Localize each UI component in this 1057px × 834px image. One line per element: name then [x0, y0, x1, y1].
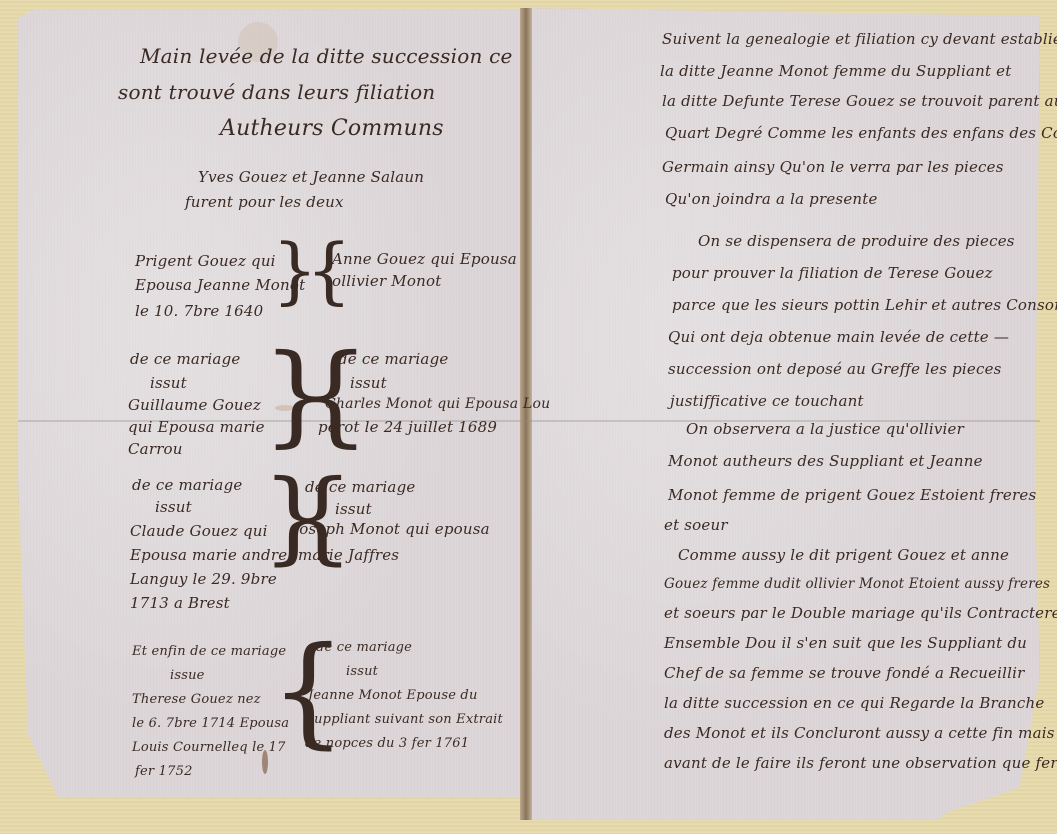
right-line: Gouez femme dudit ollivier Monot Etoient… [664, 576, 1050, 592]
gen-left-line: issue [170, 668, 205, 683]
gen-left-line: Carrou [128, 440, 183, 458]
header-line: Main levée de la ditte succession ce [140, 44, 513, 68]
right-line: Quart Degré Comme les enfants des enfans… [665, 124, 1057, 142]
right-line: Ensemble Dou il s'en suit que les Suppli… [664, 634, 1027, 652]
header-title: Autheurs Communs [220, 116, 444, 141]
gen-right-line: issut [335, 500, 372, 518]
right-line: et soeur [664, 516, 728, 534]
gen-right-line: perot le 24 juillet 1689 [318, 418, 497, 436]
gen-right-line: de ce mariage [305, 478, 415, 496]
gen-left-line: Prigent Gouez qui [135, 252, 276, 270]
right-line: des Monot et ils Concluront aussy a cett… [664, 724, 1055, 742]
gen-left-line: issut [155, 498, 192, 516]
right-line: Monot autheurs des Suppliant et Jeanne [668, 452, 983, 470]
gen-left-line: le 6. 7bre 1714 Epousa [132, 716, 289, 731]
gen-left-line: Louis Cournelleq le 17 [132, 740, 286, 755]
center-fold [520, 8, 532, 820]
right-line: Qui ont deja obtenue main levée de cette… [668, 328, 1009, 346]
right-line: et soeurs par le Double mariage qu'ils C… [664, 604, 1057, 622]
gen-right-line: de nopces du 3 fer 1761 [305, 736, 469, 751]
right-line: Monot femme de prigent Gouez Estoient fr… [668, 486, 1036, 504]
gen-right-line: issut [350, 374, 387, 392]
gen-left-line: Et enfin de ce mariage [132, 644, 286, 659]
brace-icon: { [306, 228, 352, 312]
gen-right-line: marie Jaffres [298, 546, 399, 564]
gen-left-line: issut [150, 374, 187, 392]
gen-right-line: ollivier Monot [332, 272, 441, 290]
right-line: On se dispensera de produire des pieces [698, 232, 1015, 250]
gen-right-line: Suppliant suivant son Extrait [305, 712, 503, 727]
gen-left-line: fer 1752 [135, 764, 193, 779]
right-line: parce que les sieurs pottin Lehir et aut… [672, 296, 1057, 314]
gen-right-line: de ce mariage [316, 640, 412, 655]
right-line: Suivent la genealogie et filiation cy de… [662, 30, 1057, 48]
right-line: pour prouver la filiation de Terese Goue… [672, 264, 993, 282]
right-line: Qu'on joindra a la presente [665, 190, 878, 208]
gen-left-line: Claude Gouez qui [130, 522, 268, 540]
right-line: la ditte Defunte Terese Gouez se trouvoi… [662, 92, 1057, 110]
right-line: avant de le faire ils feront une observa… [664, 754, 1057, 772]
gen-right-line: de ce mariage [338, 350, 448, 368]
gen-left-line: de ce mariage [132, 476, 242, 494]
header-line: sont trouvé dans leurs filiation [118, 80, 435, 104]
right-line: On observera a la justice qu'ollivier [686, 420, 964, 438]
gen-left-line: le 10. 7bre 1640 [135, 302, 263, 320]
right-line: justifficative ce touchant [670, 392, 864, 410]
right-line: la ditte succession en ce qui Regarde la… [664, 694, 1044, 712]
right-line: la ditte Jeanne Monot femme du Suppliant… [660, 62, 1011, 80]
gen-right-line: Jeanne Monot Epouse du [308, 688, 478, 703]
right-line: succession ont deposé au Greffe les piec… [668, 360, 1002, 378]
gen-left-line: de ce mariage [130, 350, 240, 368]
gen-right-line: issut [346, 664, 378, 679]
gen-left-line: 1713 a Brest [130, 594, 230, 612]
gen-right-line: Charles Monot qui Epousa Lou [325, 396, 550, 412]
right-line: Comme aussy le dit prigent Gouez et anne [678, 546, 1009, 564]
gen-left-line: Therese Gouez nez [132, 692, 261, 707]
gen-left-line: Languy le 29. 9bre [130, 570, 277, 588]
gen-right-line: Anne Gouez qui Epousa [332, 250, 517, 268]
right-line: Germain ainsy Qu'on le verra par les pie… [662, 158, 1004, 176]
header-line: Yves Gouez et Jeanne Salaun [198, 168, 424, 186]
gen-left-line: qui Epousa marie [128, 418, 265, 436]
gen-right-line: Joseph Monot qui epousa [293, 520, 490, 538]
gen-left-line: Guillaume Gouez [128, 396, 261, 414]
right-line: Chef de sa femme se trouve fondé a Recue… [664, 664, 1025, 682]
header-line: furent pour les deux [185, 193, 344, 211]
